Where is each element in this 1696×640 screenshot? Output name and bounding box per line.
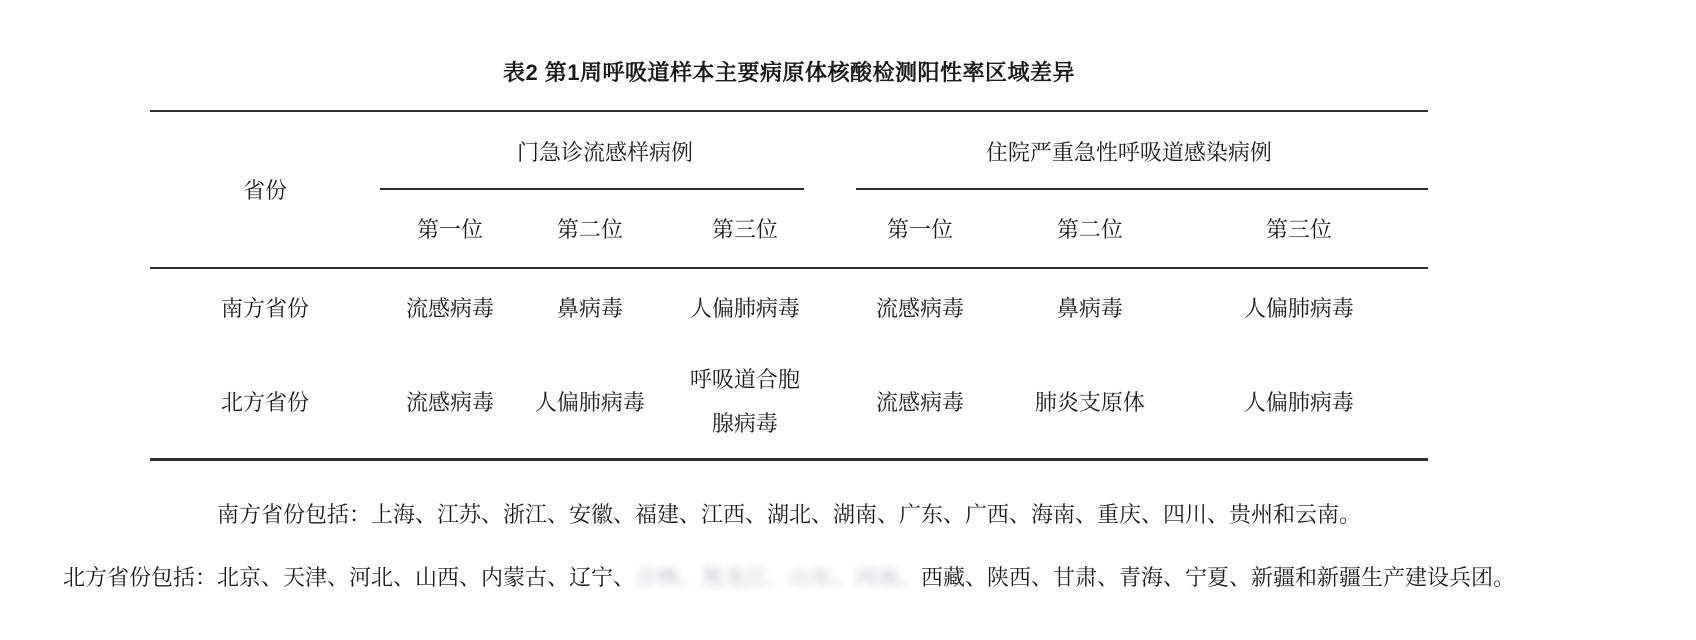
- pathogen-cell: 流感病毒: [830, 268, 1010, 345]
- table-header: 省份 门急诊流感样病例 住院严重急性呼吸道感染病例 第一位 第二位 第三位 第一…: [150, 111, 1428, 268]
- pathogen-cell: 流感病毒: [380, 268, 520, 345]
- group-underline-hospitalized: [856, 188, 1428, 190]
- rank-header-hospitalized-3: 第三位: [1170, 190, 1428, 268]
- pathogen-cell: 鼻病毒: [520, 268, 660, 345]
- table-body: 南方省份 流感病毒 鼻病毒 人偏肺病毒 流感病毒 鼻病毒 人偏肺病毒 北方省份 …: [150, 268, 1428, 460]
- page-title: 表2 第1周呼吸道样本主要病原体核酸检测阳性率区域差异: [150, 56, 1428, 87]
- pathogen-cell: 人偏肺病毒: [1170, 345, 1428, 460]
- page: 表2 第1周呼吸道样本主要病原体核酸检测阳性率区域差异 省份 门急诊流感样病例 …: [0, 0, 1696, 640]
- rank-header-hospitalized-1: 第一位: [830, 190, 1010, 268]
- pathogen-cell: 人偏肺病毒: [660, 268, 830, 345]
- footnote-north: 北方省份包括：北京、天津、河北、山西、内蒙古、辽宁、吉林、黑龙江、山东、河南、西…: [0, 561, 1578, 592]
- pathogen-cell: 流感病毒: [830, 345, 1010, 460]
- pathogen-cell: 呼吸道合胞 腺病毒: [660, 345, 830, 460]
- province-header-cell: 省份: [150, 111, 380, 268]
- rank-header-hospitalized-2: 第二位: [1010, 190, 1170, 268]
- footnote-north-suffix: 西藏、陕西、甘肃、青海、宁夏、新疆和新疆生产建设兵团。: [921, 565, 1515, 590]
- footnote-south: 南方省份包括：上海、江苏、浙江、安徽、福建、江西、湖北、湖南、广东、广西、海南、…: [0, 498, 1578, 529]
- province-cell: 北方省份: [150, 345, 380, 460]
- group-header-hospitalized-label: 住院严重急性呼吸道感染病例: [986, 140, 1272, 165]
- redacted-text: 吉林、黑龙江、山东、河南、: [635, 562, 921, 591]
- footnote-north-prefix: 北方省份包括：北京、天津、河北、山西、内蒙古、辽宁、: [63, 565, 635, 590]
- group-header-row: 省份 门急诊流感样病例 住院严重急性呼吸道感染病例: [150, 111, 1428, 190]
- group-underline-outpatient: [380, 188, 804, 190]
- table-row-south: 南方省份 流感病毒 鼻病毒 人偏肺病毒 流感病毒 鼻病毒 人偏肺病毒: [150, 268, 1428, 345]
- pathogen-cell: 流感病毒: [380, 345, 520, 460]
- province-cell: 南方省份: [150, 268, 380, 345]
- rank-header-outpatient-3: 第三位: [660, 190, 830, 268]
- rank-header-outpatient-1: 第一位: [380, 190, 520, 268]
- group-header-outpatient-label: 门急诊流感样病例: [517, 140, 693, 165]
- table-row-north: 北方省份 流感病毒 人偏肺病毒 呼吸道合胞 腺病毒 流感病毒 肺炎支原体 人偏肺…: [150, 345, 1428, 460]
- pathogen-cell: 鼻病毒: [1010, 268, 1170, 345]
- rank-header-outpatient-2: 第二位: [520, 190, 660, 268]
- pathogen-table: 省份 门急诊流感样病例 住院严重急性呼吸道感染病例 第一位 第二位 第三位 第一…: [150, 110, 1428, 461]
- group-header-outpatient: 门急诊流感样病例: [380, 111, 830, 190]
- group-header-hospitalized: 住院严重急性呼吸道感染病例: [830, 111, 1428, 190]
- pathogen-cell: 人偏肺病毒: [520, 345, 660, 460]
- pathogen-cell: 人偏肺病毒: [1170, 268, 1428, 345]
- pathogen-cell: 肺炎支原体: [1010, 345, 1170, 460]
